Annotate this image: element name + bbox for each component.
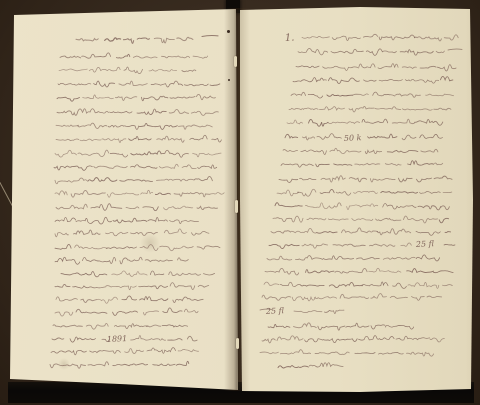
ink-spot xyxy=(227,30,230,33)
binding-stitch xyxy=(234,56,237,67)
paper-stain xyxy=(58,358,70,370)
binding-stitch xyxy=(236,338,239,349)
paper-stain xyxy=(140,233,160,253)
background-scratch xyxy=(0,176,13,207)
binding-stitch xyxy=(235,200,238,213)
manuscript-photo: 18911.50 k25 fl25 fl xyxy=(0,0,480,405)
